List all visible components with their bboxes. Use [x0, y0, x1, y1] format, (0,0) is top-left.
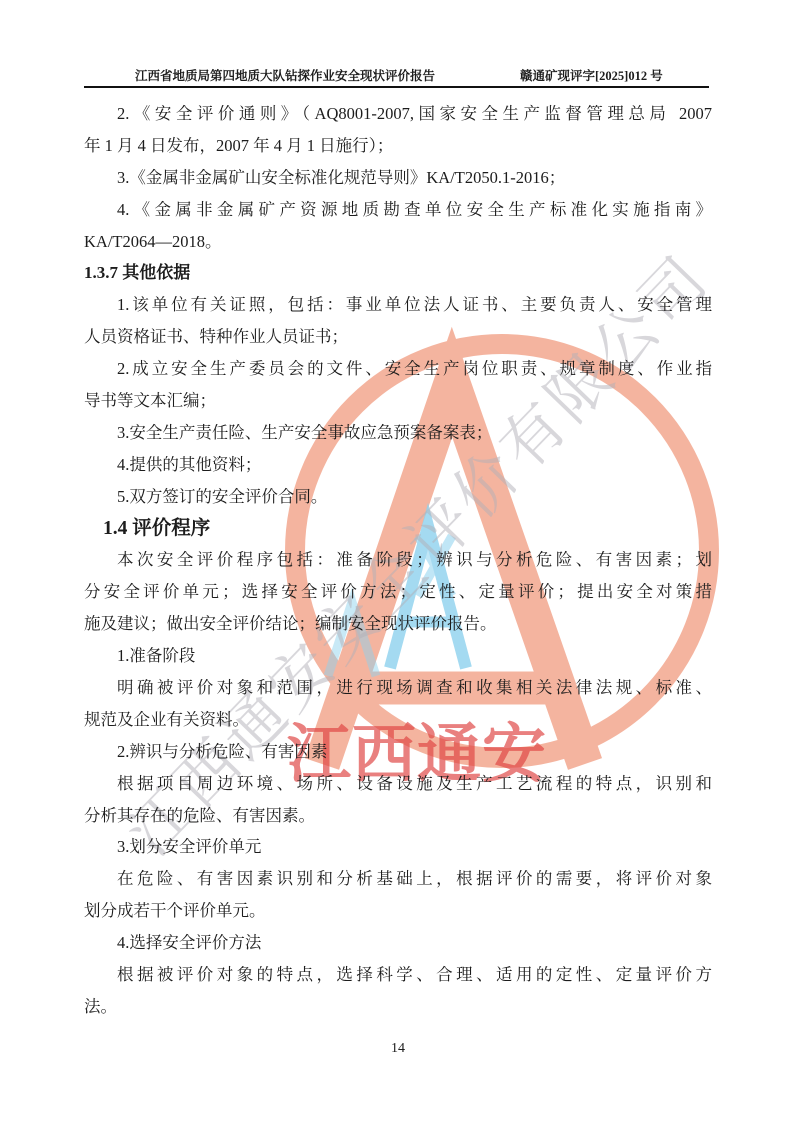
body-line: 年 1 月 4 日发布，2007 年 4 月 1 日施行）；: [84, 130, 712, 162]
page-number: 14: [84, 1041, 712, 1057]
body-line: 划分成若干个评价单元。: [84, 895, 712, 927]
body-line: 根据项目周边环境、场所、设备设施及生产工艺流程的特点，识别和: [84, 768, 712, 800]
header-document-number: 赣通矿现评字[2025]012 号: [520, 69, 663, 84]
body-line: 3.安全生产责任险、生产安全事故应急预案备案表；: [84, 417, 712, 449]
body-line: 3.划分安全评价单元: [84, 831, 712, 863]
body-line: 导书等文本汇编；: [84, 385, 712, 417]
body-line: 1.该单位有关证照，包括：事业单位法人证书、主要负责人、安全管理: [84, 289, 712, 321]
section-heading-1-4: 1.4 评价程序: [84, 513, 712, 545]
body-line: 3.《金属非金属矿山安全标准化规范导则》KA/T2050.1-2016；: [84, 162, 712, 194]
body-line: 5.双方签订的安全评价合同。: [84, 481, 712, 513]
body-line: 2.辨识与分析危险、有害因素: [84, 736, 712, 768]
body-line: 4.选择安全评价方法: [84, 927, 712, 959]
body-line: 本次安全评价程序包括：准备阶段；辨识与分析危险、有害因素；划: [84, 544, 712, 576]
body-line: 4.《金属非金属矿产资源地质勘查单位安全生产标准化实施指南》: [84, 194, 712, 226]
body-line: 施及建议；做出安全评价结论；编制安全现状评价报告。: [84, 608, 712, 640]
header-report-title: 江西省地质局第四地质大队钻探作业安全现状评价报告: [135, 69, 435, 84]
body-line: 4.提供的其他资料；: [84, 449, 712, 481]
body-line: 规范及企业有关资料。: [84, 704, 712, 736]
page-header: 江西省地质局第四地质大队钻探作业安全现状评价报告 赣通矿现评字[2025]012…: [84, 69, 712, 89]
body-line: 根据被评价对象的特点，选择科学、合理、适用的定性、定量评价方: [84, 959, 712, 991]
body-line: 分析其存在的危险、有害因素。: [84, 800, 712, 832]
body-line: KA/T2064—2018。: [84, 226, 712, 258]
section-heading-1-3-7: 1.3.7 其他依据: [84, 257, 712, 289]
body-line: 2.《安全评价通则》（AQ8001-2007,国家安全生产监督管理总局 2007: [84, 98, 712, 130]
body-line: 人员资格证书、特种作业人员证书；: [84, 321, 712, 353]
document-page: 江西通安安全评价有限公司 江西通安 江西省地质局第四地质大队钻探作业安全现状评价…: [0, 0, 793, 1122]
body-line: 分安全评价单元；选择安全评价方法；定性、定量评价；提出安全对策措: [84, 576, 712, 608]
body-line: 2.成立安全生产委员会的文件、安全生产岗位职责、规章制度、作业指: [84, 353, 712, 385]
body-line: 法。: [84, 991, 712, 1023]
document-body: 2.《安全评价通则》（AQ8001-2007,国家安全生产监督管理总局 2007…: [84, 98, 712, 1023]
header-rule: [84, 86, 709, 88]
body-line: 1.准备阶段: [84, 640, 712, 672]
body-line: 明确被评价对象和范围，进行现场调查和收集相关法律法规、标准、: [84, 672, 712, 704]
body-line: 在危险、有害因素识别和分析基础上，根据评价的需要，将评价对象: [84, 863, 712, 895]
